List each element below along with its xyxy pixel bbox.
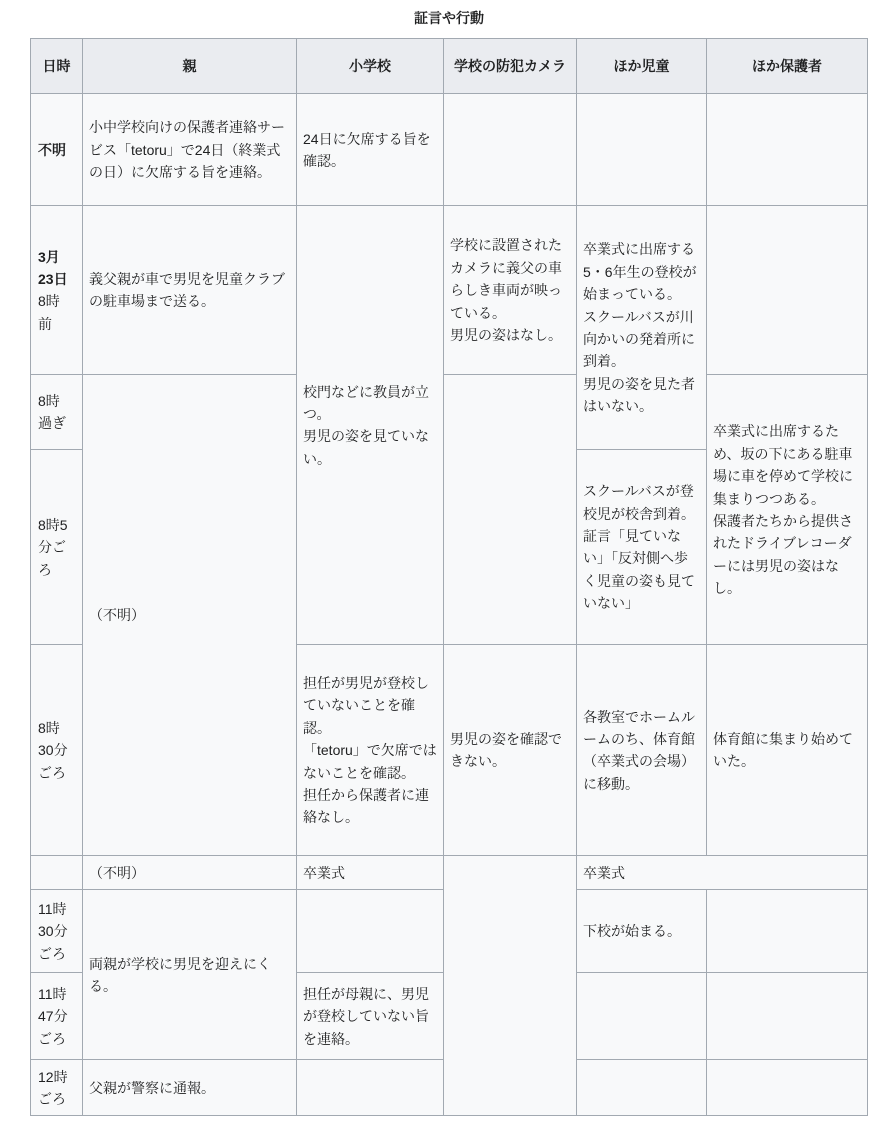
cell-r1-parent: 小中学校向けの保護者連絡サービス「tetoru」で24日（終業式の日）に欠席する… bbox=[83, 94, 297, 206]
cell-r5-datetime: 8時 30分 ごろ bbox=[31, 645, 83, 856]
cell-r6-datetime-empty bbox=[31, 856, 83, 890]
cell-r7-school-empty bbox=[297, 890, 444, 973]
cell-r2to4-school: 校門などに教員が立つ。 男児の姿を見ていない。 bbox=[297, 206, 444, 645]
row-graduation-ceremony: （不明） 卒業式 卒業式 bbox=[31, 856, 868, 890]
time-label: 8時 前 bbox=[38, 293, 60, 331]
cell-r7-children: 下校が始まる。 bbox=[577, 890, 707, 973]
cell-r8-school: 担任が母親に、男児が登校していない旨を連絡。 bbox=[297, 973, 444, 1060]
time-label-unknown: 不明 bbox=[38, 139, 79, 161]
cell-r2-camera: 学校に設置されたカメラに義父の車らしき車両が映っている。 男児の姿はなし。 bbox=[444, 206, 577, 375]
cell-r5-children: 各教室でホームルームのち、体育館（卒業式の会場）に移動。 bbox=[577, 645, 707, 856]
col-header-children: ほか児童 bbox=[577, 39, 707, 94]
cell-r3-datetime: 8時 過ぎ bbox=[31, 375, 83, 450]
cell-r9-school-empty bbox=[297, 1060, 444, 1116]
cell-r9-guardians-empty bbox=[707, 1060, 868, 1116]
col-header-datetime: 日時 bbox=[31, 39, 83, 94]
header-row: 日時 親 小学校 学校の防犯カメラ ほか児童 ほか保護者 bbox=[31, 39, 868, 94]
col-header-guardians: ほか保護者 bbox=[707, 39, 868, 94]
row-after-8am: 8時 過ぎ （不明） 卒業式に出席するため、坂の下にある駐車場に車を停めて学校に… bbox=[31, 375, 868, 450]
cell-r7-guardians-empty bbox=[707, 890, 868, 973]
cell-r5-camera: 男児の姿を確認できない。 bbox=[444, 645, 577, 856]
cell-r1-datetime: 不明 bbox=[31, 94, 83, 206]
cell-r3to5-parent: （不明） bbox=[83, 375, 297, 856]
col-header-camera: 学校の防犯カメラ bbox=[444, 39, 577, 94]
cell-r8-guardians-empty bbox=[707, 973, 868, 1060]
cell-r5-guardians: 体育館に集まり始めていた。 bbox=[707, 645, 868, 856]
cell-r3to4-camera-empty bbox=[444, 375, 577, 645]
cell-r4-datetime: 8時5 分ご ろ bbox=[31, 450, 83, 645]
table-caption: 証言や行動 bbox=[30, 7, 868, 38]
cell-r1-camera-empty bbox=[444, 94, 577, 206]
cell-r6-parent: （不明） bbox=[83, 856, 297, 890]
row-march23-before-8am: 3月 23日8時 前 義父親が車で男児を児童クラブの駐車場まで送る。 校門などに… bbox=[31, 206, 868, 375]
row-unknown-time: 不明 小中学校向けの保護者連絡サービス「tetoru」で24日（終業式の日）に欠… bbox=[31, 94, 868, 206]
cell-r6-children-guardians: 卒業式 bbox=[577, 856, 868, 890]
cell-r2-guardians-empty bbox=[707, 206, 868, 375]
cell-r2-parent: 義父親が車で男児を児童クラブの駐車場まで送る。 bbox=[83, 206, 297, 375]
cell-r7to8-parent: 両親が学校に男児を迎えにくる。 bbox=[83, 890, 297, 1060]
cell-r9-children-empty bbox=[577, 1060, 707, 1116]
cell-r9-parent: 父親が警察に通報。 bbox=[83, 1060, 297, 1116]
cell-r8-datetime: 11時 47分 ごろ bbox=[31, 973, 83, 1060]
date-label: 3月 23日 bbox=[38, 246, 79, 291]
article-page: 証言や行動 日時 親 小学校 学校の防犯カメラ ほか児童 ほか保護者 不明 小中… bbox=[0, 0, 888, 1116]
testimony-table: 証言や行動 日時 親 小学校 学校の防犯カメラ ほか児童 ほか保護者 不明 小中… bbox=[30, 7, 868, 1116]
cell-r3to4-guardians: 卒業式に出席するため、坂の下にある駐車場に車を停めて学校に集まりつつある。 保護… bbox=[707, 375, 868, 645]
cell-r7-datetime: 11時 30分 ごろ bbox=[31, 890, 83, 973]
cell-r1-guardians-empty bbox=[707, 94, 868, 206]
cell-r1-children-empty bbox=[577, 94, 707, 206]
cell-r2to3-children: 卒業式に出席する5・6年生の登校が始まっている。 スクールバスが川向かいの発着所… bbox=[577, 206, 707, 450]
cell-r6to9-camera-empty bbox=[444, 856, 577, 1116]
cell-r6-school: 卒業式 bbox=[297, 856, 444, 890]
col-header-school: 小学校 bbox=[297, 39, 444, 94]
cell-r4-children: スクールバスが登校児が校舎到着。 証言「見ていない」「反対側へ歩く児童の姿も見て… bbox=[577, 450, 707, 645]
col-header-parent: 親 bbox=[83, 39, 297, 94]
cell-r2-datetime: 3月 23日8時 前 bbox=[31, 206, 83, 375]
cell-r5-school: 担任が男児が登校していないことを確認。 「tetoru」で欠席ではないことを確認… bbox=[297, 645, 444, 856]
cell-r9-datetime: 12時 ごろ bbox=[31, 1060, 83, 1116]
cell-r1-school: 24日に欠席する旨を確認。 bbox=[297, 94, 444, 206]
cell-r8-children-empty bbox=[577, 973, 707, 1060]
